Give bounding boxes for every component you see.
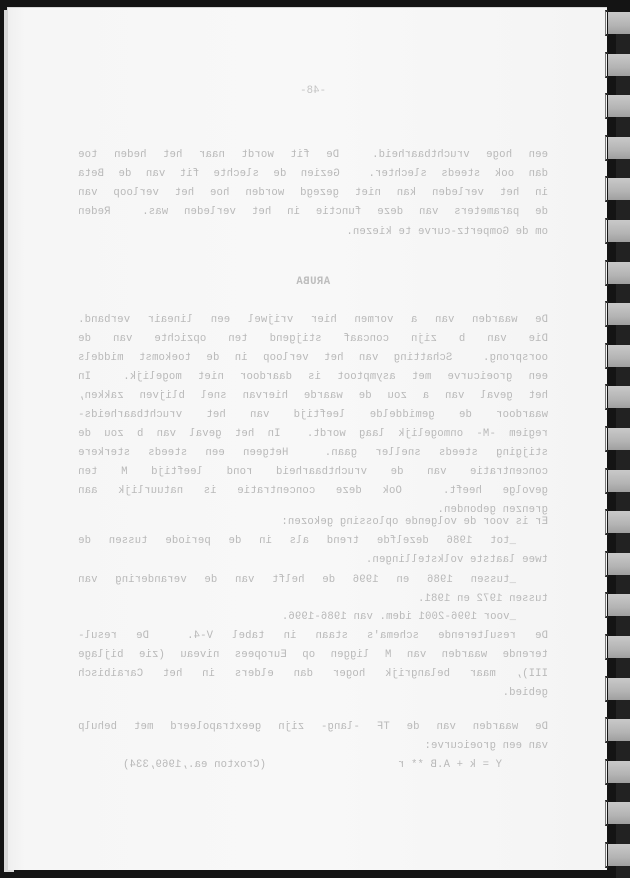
spiral-binding	[594, 0, 630, 878]
binding-ring	[608, 594, 630, 616]
binding-ring	[608, 678, 630, 700]
binding-gap	[616, 284, 630, 304]
paragraph-2-line: concentratie van de vruchtbaarheid rond …	[78, 466, 548, 478]
binding-ring	[608, 802, 630, 824]
binding-gap	[616, 700, 630, 720]
paragraph-2-line: het geval van a zou de waarde hiervan sn…	[78, 390, 548, 402]
paragraph-2-line: regiem -M- onmogelijk laag wordt. In het…	[78, 428, 548, 440]
binding-gap	[616, 533, 630, 553]
paragraph-1-line: de parameters van deze functie in het ve…	[78, 206, 548, 218]
paragraph-3-intro: Er is voor de volgende oplossing gekozen…	[78, 516, 548, 528]
paragraph-5-line: van een groeicurve:	[78, 740, 548, 752]
binding-gap	[616, 159, 630, 179]
binding-gap	[616, 450, 630, 470]
binding-ring	[608, 220, 630, 242]
binding-ring	[608, 636, 630, 658]
formula-expression: Y = k + A.B ** r	[342, 759, 502, 771]
paragraph-1-line: een hoge vruchtbaarheid. De fit wordt na…	[78, 149, 548, 161]
paragraph-2-line: De waarden van a vormen hier vrijwel een…	[78, 314, 548, 326]
binding-gap	[616, 117, 630, 137]
paragraph-2-line: een groeicurve met asymptoot is daardoor…	[78, 371, 548, 383]
paragraph-1-line: om de Gompertz-curve te kiezen.	[78, 226, 548, 238]
binding-gap	[616, 741, 630, 761]
binding-ring	[608, 844, 630, 866]
binding-gap	[616, 408, 630, 428]
paragraph-5-line: De waarden van de TF -lang- zijn geextra…	[78, 721, 548, 733]
paragraph-2-line: gevolge heeft. Ook deze concentratie is …	[78, 485, 548, 497]
binding-ring	[608, 470, 630, 492]
section-heading: ARUBA	[78, 276, 548, 288]
binding-gap	[616, 866, 630, 878]
binding-gap	[616, 325, 630, 345]
binding-gap	[616, 34, 630, 54]
paragraph-2-line: oorsprong. Schatting van het verloop in …	[78, 352, 548, 364]
solution-item-line: twee laatste volkstellingen.	[78, 554, 548, 566]
show-through-text: -48- een hoge vruchtbaarheid. De fit wor…	[0, 0, 626, 878]
solution-item-line: _tot 1986 dezelfde trend als in de perio…	[78, 535, 516, 547]
binding-gap	[616, 783, 630, 803]
paragraph-4-line: terende waarden van M liggen op Europees…	[78, 649, 548, 661]
binding-gap	[616, 200, 630, 220]
paragraph-1-line: in het verleden kan niet gezegd worden h…	[78, 187, 548, 199]
binding-ring	[608, 137, 630, 159]
binding-gap	[616, 575, 630, 595]
binding-ring	[608, 12, 630, 34]
binding-ring	[608, 345, 630, 367]
paragraph-1-line: dan ook steeds slechter. Gezien de slech…	[78, 168, 548, 180]
solution-item-line: _tussen 1986 en 1996 de helft van de ver…	[78, 574, 516, 586]
binding-gap	[616, 242, 630, 262]
paragraph-2-line: Die van b zijn concaaf stijgend ten opzi…	[78, 333, 548, 345]
paragraph-4-line: gebied.	[78, 687, 548, 699]
paragraph-2-line: waardoor de gemiddelde leeftijd van het …	[78, 409, 548, 421]
page-number: -48-	[78, 85, 548, 97]
binding-gap	[616, 616, 630, 636]
binding-ring	[608, 428, 630, 450]
binding-ring	[608, 719, 630, 741]
binding-gap	[616, 367, 630, 387]
binding-gap	[616, 76, 630, 96]
formula-citation: (Croxton ea.,1969,334)	[78, 759, 266, 771]
binding-gap	[616, 824, 630, 844]
binding-gap	[616, 658, 630, 678]
binding-ring	[608, 262, 630, 284]
paragraph-4-line: III), maar belangrijk hoger dan elders i…	[78, 668, 548, 680]
binding-ring	[608, 386, 630, 408]
binding-gap	[616, 492, 630, 512]
binding-ring	[608, 761, 630, 783]
binding-ring	[608, 54, 630, 76]
paragraph-2-line: grenzen gebonden.	[78, 504, 548, 516]
binding-ring	[608, 553, 630, 575]
paragraph-4-line: De resulterende schema's staan in tabel …	[78, 630, 548, 642]
solution-item-line: _voor 1996-2001 idem. van 1986-1996.	[46, 611, 516, 623]
solution-item-line: tussen 1972 en 1981.	[78, 593, 548, 605]
paragraph-2-line: stijging steeds sneller gaan. Hetgeen ee…	[78, 447, 548, 459]
binding-ring	[608, 511, 630, 533]
binding-ring	[608, 303, 630, 325]
binding-ring	[608, 95, 630, 117]
binding-ring	[608, 178, 630, 200]
